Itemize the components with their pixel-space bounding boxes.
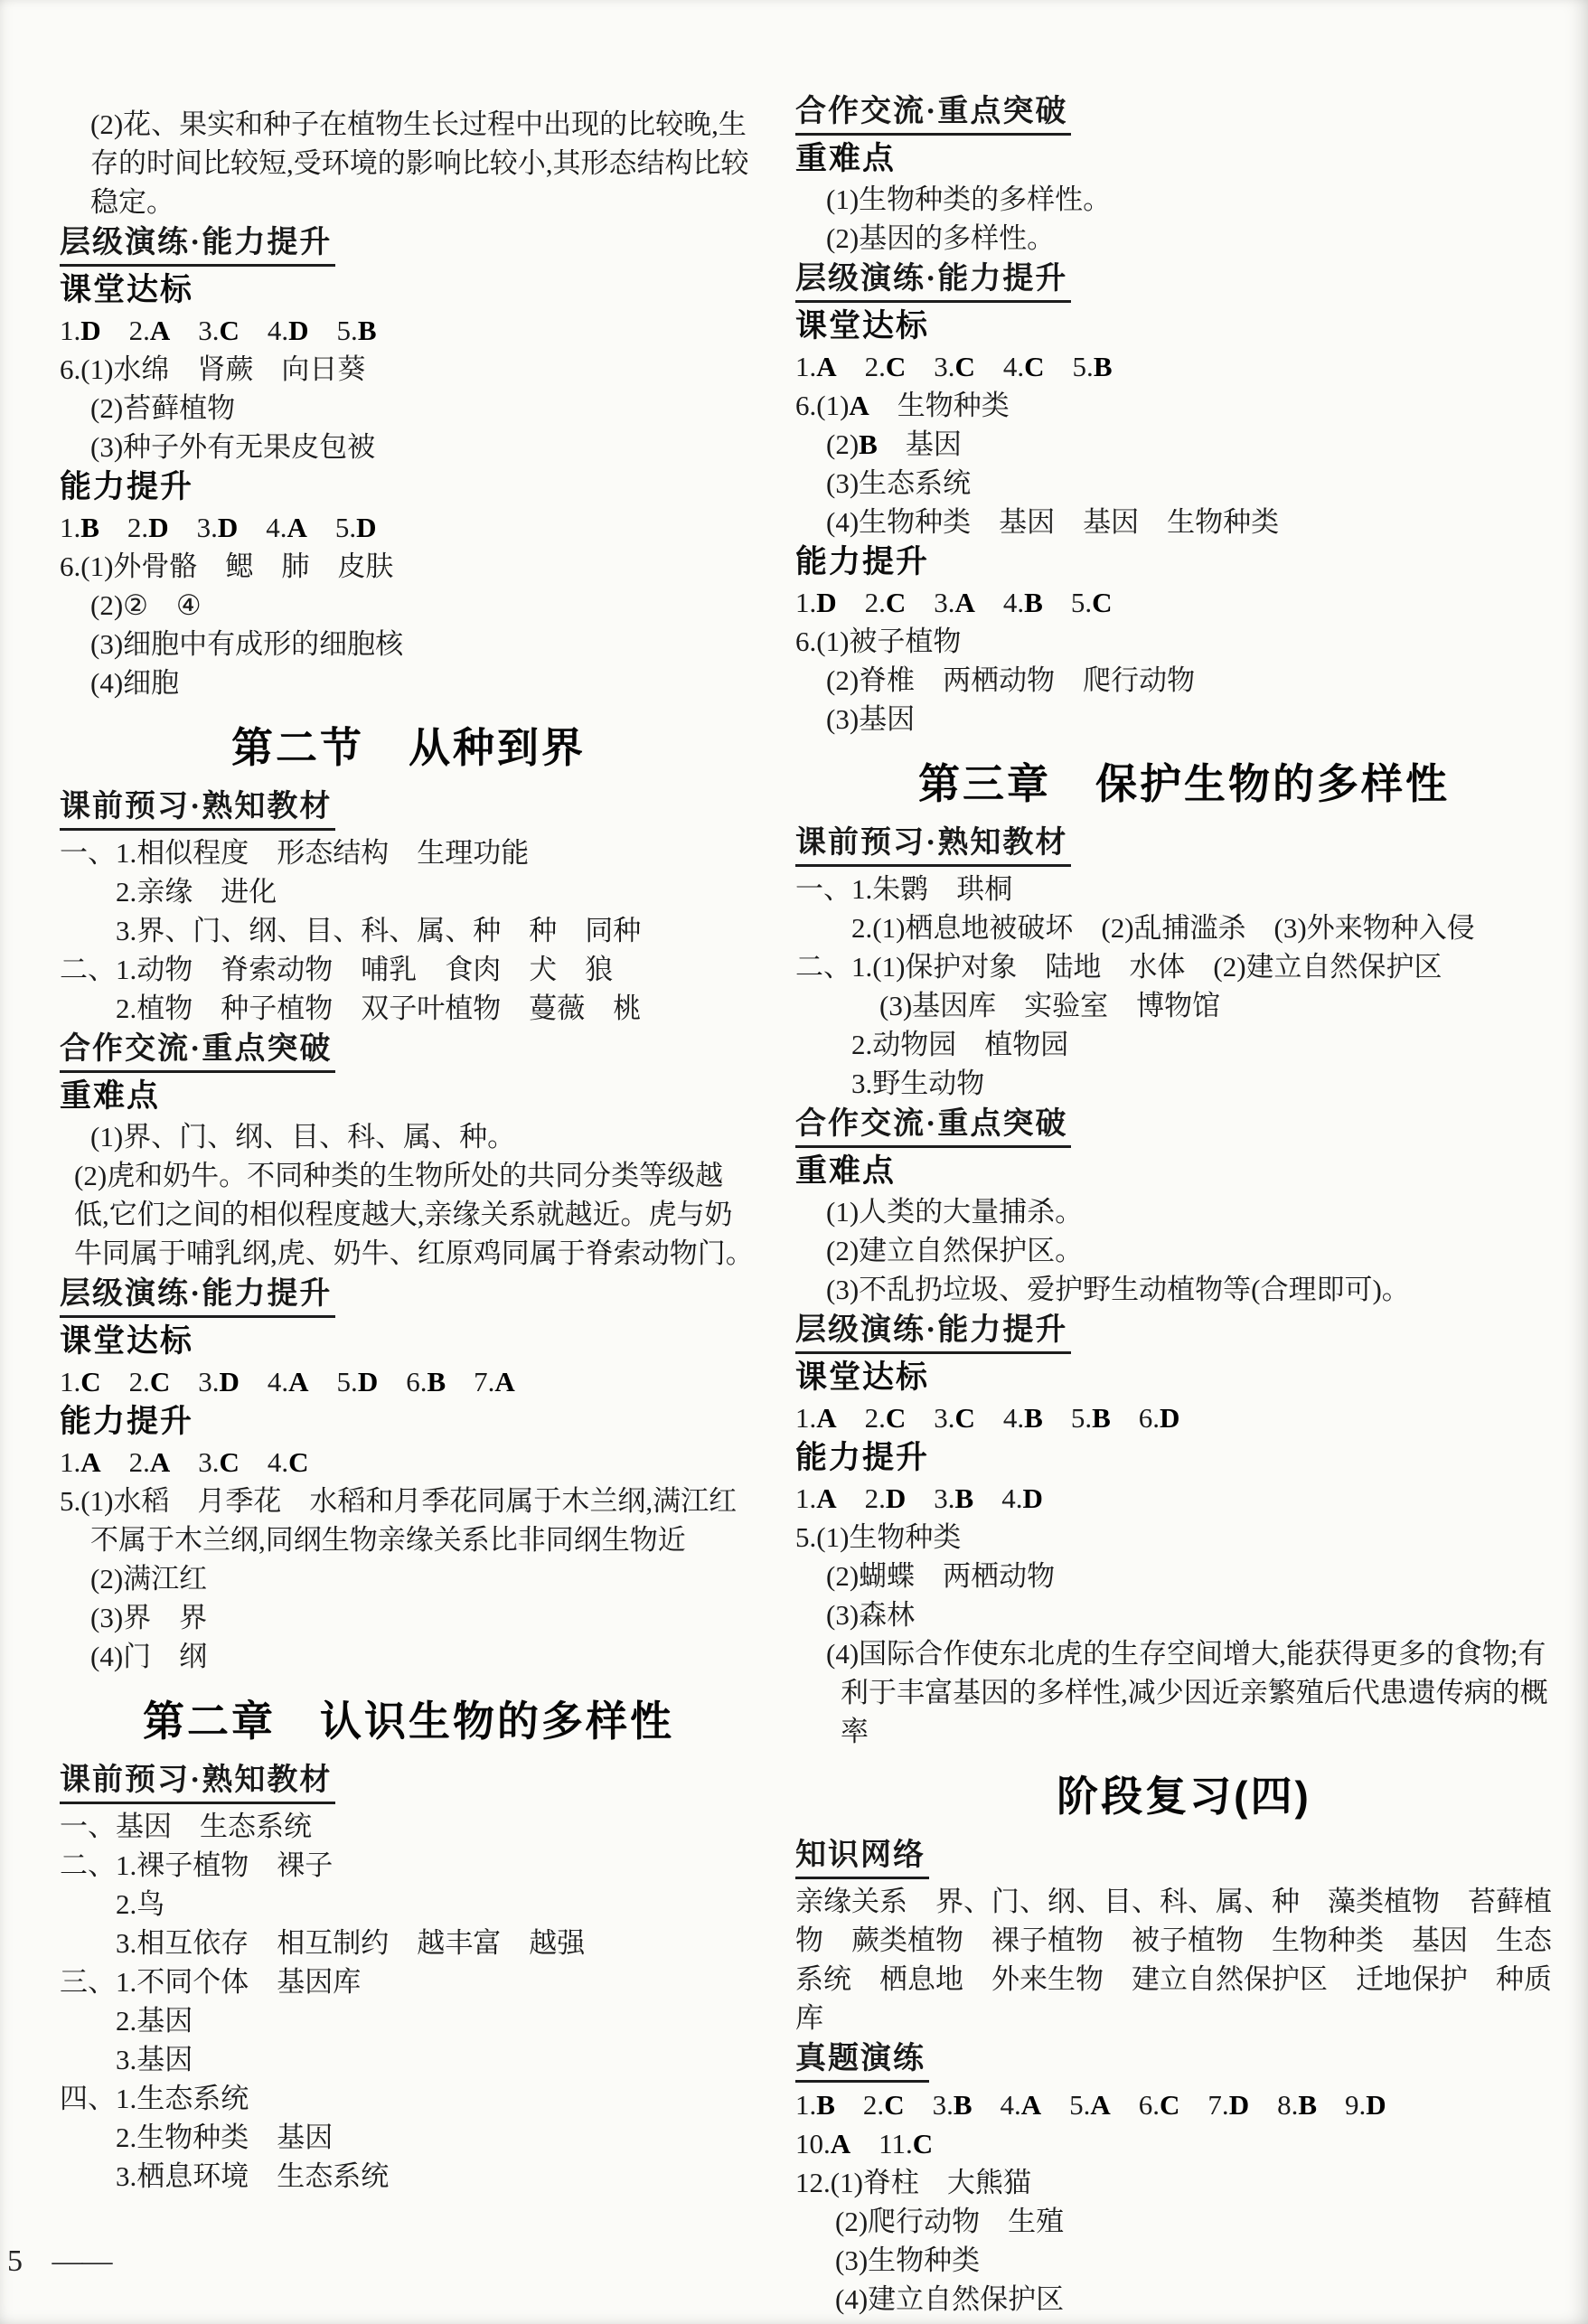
section-header: 课前预习·熟知教材 [795, 825, 1573, 867]
text-line: 二、1.(1)保护对象 陆地 水体 (2)建立自然保护区 [795, 947, 1573, 986]
text-line: (3)生态系统 [795, 464, 1573, 503]
section-header: 知识网络 [795, 1838, 1573, 1879]
subsection-header: 重难点 [795, 1151, 1573, 1192]
section-header-label: 知识网络 [795, 1838, 929, 1879]
text-line: (3)不乱扔垃圾、爱护野生动植物等(合理即可)。 [795, 1270, 1573, 1309]
text-line: (2)苔藓植物 [60, 389, 757, 428]
text-line: 3.相互依存 相互制约 越丰富 越强 [60, 1924, 757, 1962]
chapter-heading: 第三章 保护生物的多样性 [795, 758, 1573, 809]
text-line: (4)细胞 [60, 663, 757, 702]
chapter-heading: 第二节 从种到界 [60, 722, 757, 773]
text-line: (2)虎和奶牛。不同种类的生物所处的共同分类等级越低,它们之间的相似程度越大,亲… [60, 1156, 757, 1273]
section-header-label: 合作交流·重点突破 [60, 1031, 335, 1073]
chapter-heading: 第二章 认识生物的多样性 [60, 1696, 757, 1746]
text-line: 6.(1)外骨骼 鳃 肺 皮肤 [60, 547, 757, 586]
section-header-label: 课前预习·熟知教材 [60, 1763, 335, 1804]
section-header: 层级演练·能力提升 [795, 261, 1573, 303]
subsection-header: 课堂达标 [795, 306, 1573, 347]
text-line: (4)门 纲 [60, 1637, 757, 1676]
right-column: 合作交流·重点突破重难点(1)生物种类的多样性。(2)基因的多样性。层级演练·能… [795, 0, 1573, 2319]
section-header: 真题演练 [795, 2041, 1573, 2083]
section-header-label: 真题演练 [795, 2041, 929, 2083]
answer-line: 1.A 2.C 3.C 4.B 5.B 6.D [795, 1398, 1573, 1437]
text-line: 三、1.不同个体 基因库 [60, 1962, 757, 2001]
subsection-header: 课堂达标 [60, 269, 757, 311]
answer-line: 1.D 2.A 3.C 4.D 5.B [60, 311, 757, 350]
answer-line: 10.A 11.C [795, 2124, 1573, 2163]
text-line: (2)脊椎 两栖动物 爬行动物 [795, 661, 1573, 700]
text-line: (2)B 基因 [795, 425, 1573, 464]
text-line: (1)界、门、纲、目、科、属、种。 [60, 1117, 757, 1156]
text-line: (1)生物种类的多样性。 [795, 180, 1573, 219]
section-header: 层级演练·能力提升 [795, 1313, 1573, 1354]
subsection-header: 能力提升 [795, 541, 1573, 583]
section-header-label: 课前预习·熟知教材 [60, 789, 335, 831]
section-header-label: 课前预习·熟知教材 [795, 825, 1071, 867]
text-line: 一、1.朱鹮 珙桐 [795, 870, 1573, 908]
text-line: (2)花、果实和种子在植物生长过程中出现的比较晚,生存的时间比较短,受环境的影响… [60, 105, 757, 221]
text-line: (2)爬行动物 生殖 [795, 2202, 1573, 2241]
text-line: 3.野生动物 [795, 1064, 1573, 1103]
section-header: 合作交流·重点突破 [795, 1106, 1573, 1148]
text-line: 二、1.裸子植物 裸子 [60, 1846, 757, 1885]
text-line: (3)基因库 实验室 博物馆 [795, 986, 1573, 1025]
text-line: 2.生物种类 基因 [60, 2118, 757, 2157]
section-header-label: 层级演练·能力提升 [60, 225, 335, 267]
text-line: 3.界、门、纲、目、科、属、种 种 同种 [60, 911, 757, 950]
answer-line: 1.B 2.C 3.B 4.A 5.A 6.C 7.D 8.B 9.D [795, 2085, 1573, 2124]
answer-line: 1.D 2.C 3.A 4.B 5.C [795, 583, 1573, 622]
answer-line: 1.A 2.D 3.B 4.D [795, 1479, 1573, 1518]
section-header-label: 合作交流·重点突破 [795, 94, 1071, 136]
text-line: (2)满江红 [60, 1559, 757, 1598]
text-line: 12.(1)脊柱 大熊猫 [795, 2163, 1573, 2202]
section-header-label: 合作交流·重点突破 [795, 1106, 1071, 1148]
subsection-header: 重难点 [795, 138, 1573, 180]
text-line: 2.亲缘 进化 [60, 872, 757, 911]
text-line: (1)人类的大量捕杀。 [795, 1192, 1573, 1231]
text-line: (2)基因的多样性。 [795, 219, 1573, 258]
text-line: 3.栖息环境 生态系统 [60, 2157, 757, 2196]
text-line: (4)建立自然保护区 [795, 2280, 1573, 2319]
subsection-header: 能力提升 [60, 466, 757, 508]
answer-line: 1.A 2.C 3.C 4.C 5.B [795, 347, 1573, 386]
section-header: 课前预习·熟知教材 [60, 789, 757, 831]
text-line: 5.(1)水稻 月季花 水稻和月季花同属于木兰纲,满江红不属于木兰纲,同纲生物亲… [60, 1482, 757, 1559]
text-line: 6.(1)被子植物 [795, 622, 1573, 661]
page-number: 5 [7, 2244, 23, 2280]
subsection-header: 课堂达标 [795, 1357, 1573, 1398]
page: (2)花、果实和种子在植物生长过程中出现的比较晚,生存的时间比较短,受环境的影响… [0, 0, 1588, 2324]
text-line: (2)建立自然保护区。 [795, 1231, 1573, 1270]
subsection-header: 能力提升 [795, 1437, 1573, 1479]
subsection-header: 课堂达标 [60, 1321, 757, 1362]
text-line: (2)蝴蝶 两栖动物 [795, 1557, 1573, 1595]
answer-line: 1.B 2.D 3.D 4.A 5.D [60, 508, 757, 547]
section-header-label: 层级演练·能力提升 [795, 261, 1071, 303]
subsection-header: 能力提升 [60, 1401, 757, 1443]
text-line: 亲缘关系 界、门、纲、目、科、属、种 藻类植物 苔藓植物 蕨类植物 裸子植物 被… [795, 1882, 1573, 2037]
text-line: 二、1.动物 脊索动物 哺乳 食肉 犬 狼 [60, 950, 757, 989]
text-line: 6.(1)水绵 肾蕨 向日葵 [60, 350, 757, 389]
left-column: (2)花、果实和种子在植物生长过程中出现的比较晚,生存的时间比较短,受环境的影响… [60, 0, 757, 2196]
section-header: 层级演练·能力提升 [60, 1276, 757, 1318]
text-line: 3.基因 [60, 2040, 757, 2079]
page-footer: 5 —— [7, 2244, 112, 2280]
text-line: 四、1.生态系统 [60, 2079, 757, 2118]
text-line: 2.基因 [60, 2001, 757, 2040]
section-header-label: 层级演练·能力提升 [60, 1276, 335, 1318]
text-line: (3)森林 [795, 1595, 1573, 1634]
text-line: 2.植物 种子植物 双子叶植物 蔓薇 桃 [60, 989, 757, 1028]
text-line: 2.(1)栖息地被破坏 (2)乱捕滥杀 (3)外来物种入侵 [795, 908, 1573, 947]
text-line: (3)生物种类 [795, 2241, 1573, 2280]
text-line: 一、基因 生态系统 [60, 1807, 757, 1846]
text-line: (3)界 界 [60, 1598, 757, 1637]
answer-line: 1.A 2.A 3.C 4.C [60, 1443, 757, 1482]
answer-line: 1.C 2.C 3.D 4.A 5.D 6.B 7.A [60, 1362, 757, 1401]
text-line: (4)国际合作使东北虎的生存空间增大,能获得更多的食物;有利于丰富基因的多样性,… [795, 1634, 1573, 1751]
text-line: 一、1.相似程度 形态结构 生理功能 [60, 833, 757, 872]
text-line: (2)② ④ [60, 586, 757, 625]
text-line: 2.鸟 [60, 1885, 757, 1924]
text-line: 5.(1)生物种类 [795, 1518, 1573, 1557]
section-header: 合作交流·重点突破 [795, 94, 1573, 136]
text-line: 2.动物园 植物园 [795, 1025, 1573, 1064]
text-line: (4)生物种类 基因 基因 生物种类 [795, 503, 1573, 541]
text-line: (3)基因 [795, 700, 1573, 739]
section-header: 合作交流·重点突破 [60, 1031, 757, 1073]
subsection-header: 重难点 [60, 1076, 757, 1117]
text-line: 6.(1)A 生物种类 [795, 386, 1573, 425]
text-line: (3)细胞中有成形的细胞核 [60, 625, 757, 663]
section-header: 课前预习·熟知教材 [60, 1763, 757, 1804]
footer-dash: —— [52, 2244, 112, 2280]
section-header: 层级演练·能力提升 [60, 225, 757, 267]
chapter-heading: 阶段复习(四) [795, 1771, 1573, 1821]
section-header-label: 层级演练·能力提升 [795, 1313, 1071, 1354]
text-line: (3)种子外有无果皮包被 [60, 428, 757, 466]
